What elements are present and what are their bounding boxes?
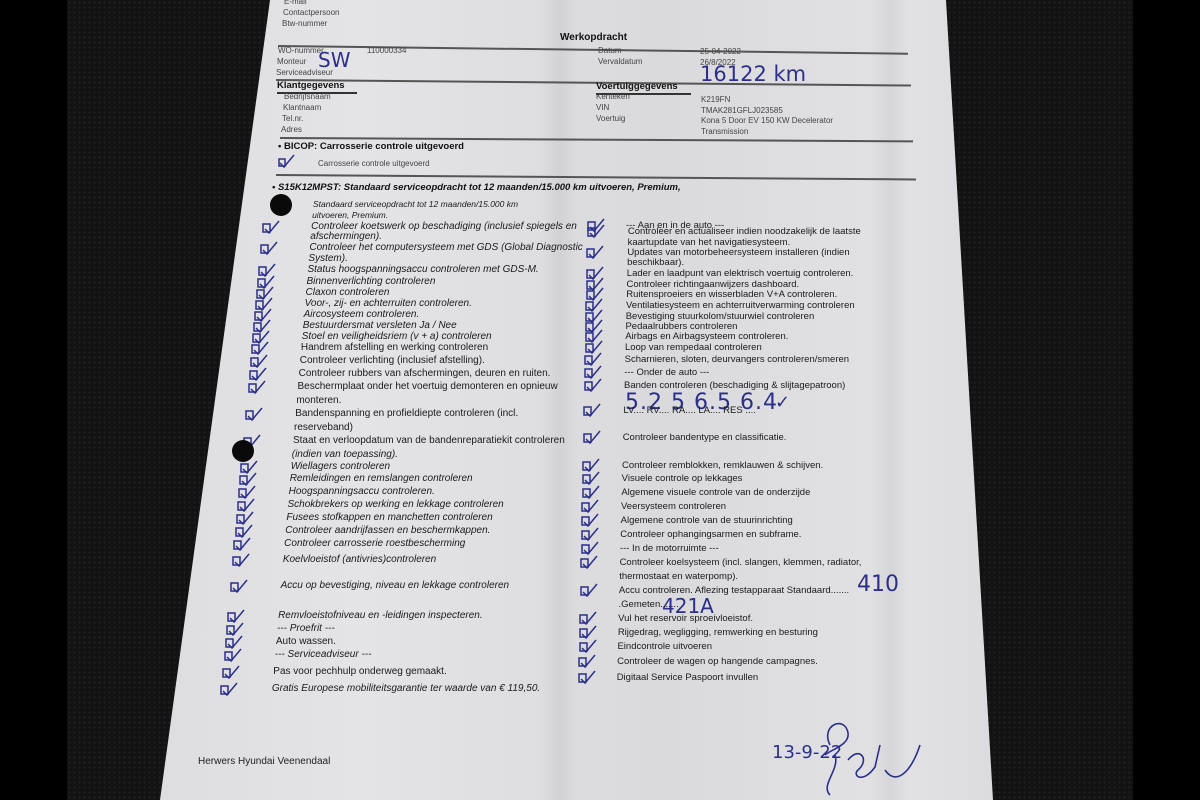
checklist-item: --- In de motorruimte ---: [620, 543, 719, 554]
checkmark-icon: [220, 664, 242, 680]
checklist-item: afschermingen).: [310, 231, 382, 242]
vin-label: VIN: [596, 103, 609, 112]
bicop-title-text: BICOP: Carrosserie controle uitgevoerd: [284, 141, 464, 152]
checkmark-icon: [260, 219, 282, 235]
paper-fold: [870, 0, 910, 800]
checkmark-icon: [577, 638, 599, 654]
bicop-item: Carrosserie controle uitgevoerd: [318, 159, 430, 168]
checklist-item: Handrem afstelling en werking controlere…: [301, 342, 488, 353]
checklist-item: Gratis Europese mobiliteitsgarantie ter …: [272, 683, 540, 694]
checklist-item: Bestuurdersmat versleten Ja / Nee: [303, 320, 457, 331]
checkmark-icon: [578, 554, 600, 570]
paper-fold: [540, 0, 580, 800]
kenteken-label: Kenteken: [596, 92, 630, 101]
checklist-item: Accu controleren. Aflezing testapparaat …: [619, 585, 849, 596]
bedrijfsnaam-label: Bedrijfsnaam: [284, 92, 331, 101]
checklist-item: Wiellagers controleren: [291, 461, 390, 472]
checklist-item: Remvloeistofniveau en -leidingen inspect…: [278, 610, 483, 621]
checklist-item: Stoel en veiligheidsriem (v + a) control…: [302, 331, 492, 342]
checklist-item: Controleer aandrijfassen en beschermkapp…: [285, 525, 490, 536]
checklist-item: Controleer ophangingsarmen en subframe.: [620, 529, 801, 540]
checklist-item: Hoogspanningsaccu controleren.: [289, 486, 435, 497]
checklist-item: Bandenspanning en profieldiepte controle…: [295, 408, 518, 419]
checklist-item: .Gemeten.......: [619, 599, 679, 610]
checklist-item: Vul het reservoir sproeivloeistof.: [618, 613, 753, 624]
checklist-item: Claxon controleren: [306, 287, 390, 298]
monteur-label: Monteur: [277, 57, 306, 66]
voertuig-value: Kona 5 Door EV 150 KW Decelerator: [701, 116, 833, 125]
contact-label: Contactpersoon: [283, 8, 339, 17]
checklist-item: Remleidingen en remslangen controleren: [290, 473, 473, 484]
kenteken-value: K219FN: [701, 95, 730, 104]
checklist-item: Lader en laadpunt van elektrisch voertui…: [627, 268, 854, 279]
wo-value: 110000334: [367, 46, 406, 55]
checklist-item: monteren.: [296, 395, 341, 406]
checklist-item: beschikbaar).: [627, 257, 684, 268]
checklist-item: Controleer koelsysteem (incl. slangen, k…: [620, 557, 862, 568]
checklist-item: Ventilatiesysteem en achterruitverwarmin…: [626, 300, 855, 311]
vervaldatum-label: Vervaldatum: [598, 57, 642, 66]
checklist-item: Status hoogspanningsaccu controleren met…: [307, 264, 538, 275]
hole-punch-mark: [270, 194, 292, 216]
serviceadviseur-label: Serviceadviseur: [276, 68, 333, 77]
wo-label: WO-nummer: [278, 46, 324, 55]
datum-label: Datum: [598, 46, 622, 55]
checkmark-icon: [582, 377, 604, 393]
checkmark-icon: [276, 153, 298, 169]
checkmark-icon: [576, 653, 598, 669]
divider: [276, 174, 916, 180]
checklist-item: thermostaat en waterpomp).: [619, 571, 738, 582]
service-title-text: S15K12MPST: Standaard serviceopdracht to…: [278, 182, 681, 193]
checklist-item: Voor-, zij- en achterruiten controleren.: [305, 298, 472, 309]
checklist-item: Controleer de wagen op hangende campagne…: [617, 656, 818, 667]
btw-label: Btw-nummer: [282, 19, 327, 28]
service-title: • S15K12MPST: Standaard serviceopdracht …: [272, 182, 681, 193]
werkopdracht-title: Werkopdracht: [560, 32, 627, 43]
checklist-item: Controleer bandentype en classificatie.: [623, 432, 787, 443]
checklist-item: Controleer remblokken, remklauwen & schi…: [622, 460, 823, 471]
divider: [276, 79, 911, 87]
checklist-item: reserveband): [294, 422, 353, 433]
checkmark-icon: [230, 552, 252, 568]
klantnaam-label: Klantnaam: [283, 103, 321, 112]
checklist-item: Eindcontrole uitvoeren: [617, 641, 712, 652]
checklist-item: Controleer carrosserie roestbescherming: [284, 538, 465, 549]
checklist-item: Controleer het computersysteem met GDS (…: [309, 242, 582, 253]
checklist-item: Beschermplaat onder het voertuig demonte…: [298, 381, 558, 392]
checkmark-icon: [584, 244, 606, 260]
vin-value: TMAK281GFLJ023585: [701, 106, 783, 115]
checkmark-icon: [581, 429, 603, 445]
checklist-item: Fusees stofkappen en manchetten controle…: [286, 512, 492, 523]
checkmark-icon: [218, 681, 240, 697]
checkmark-icon: [576, 669, 598, 685]
checklist-item: uitvoeren, Premium.: [312, 210, 388, 220]
checklist-item: System).: [308, 253, 347, 264]
checklist-item: Controleer rubbers van afschermingen, de…: [299, 368, 551, 379]
checkmark-icon: [231, 536, 253, 552]
hole-punch-mark: [232, 440, 254, 462]
checklist-item: Staat en verloopdatum van de bandenrepar…: [293, 435, 565, 446]
checkmark-icon: [585, 223, 607, 239]
checklist-item: Accu op bevestiging, niveau en lekkage c…: [281, 580, 509, 591]
checklist-item: Pas voor pechhulp onderweg gemaakt.: [273, 666, 446, 677]
voertuig-label: Voertuig: [596, 114, 625, 123]
checkmark-icon: [578, 582, 600, 598]
checklist-item: Scharnieren, sloten, deurvangers control…: [625, 354, 849, 365]
checklist-item: Digitaal Service Paspoort invullen: [617, 672, 759, 683]
checklist-item: Algemene controle van de stuurinrichting: [621, 515, 793, 526]
checklist-item: Aircosysteem controleren.: [304, 309, 420, 320]
checklist-item: Auto wassen.: [276, 636, 336, 647]
dealer-name: Herwers Hyundai Veenendaal: [198, 756, 330, 767]
checklist-item: Binnenverlichting controleren: [306, 276, 435, 287]
checkmark-icon: [222, 647, 244, 663]
accu-standaard-handwritten: 410: [857, 572, 899, 597]
checklist-item: --- Serviceadviseur ---: [275, 649, 372, 660]
checklist-item: Rijgedrag, wegligging, remwerking en bes…: [618, 627, 818, 638]
checklist-item: Koelvloeistof (antivries)controleren: [283, 554, 436, 565]
checkmark-icon: [228, 578, 250, 594]
checklist-item: Controleer verlichting (inclusief afstel…: [300, 355, 485, 366]
checklist-item: Algemene visuele controle van de onderzi…: [621, 487, 810, 498]
bicop-title: • BICOP: Carrosserie controle uitgevoerd: [278, 141, 464, 152]
adres-label: Adres: [281, 125, 302, 134]
signature-icon: [800, 715, 930, 800]
checklist-item: Ruitensproeiers en wisserbladen V+A cont…: [626, 289, 837, 300]
checklist-item: Controleer en actualiseer indien noodzak…: [628, 226, 861, 237]
checklist-item: LV.... RV.... RA.... LA.... RES ....: [623, 405, 756, 416]
checklist-item: Visuele controle op lekkages: [622, 473, 743, 484]
checklist-item: Banden controleren (beschadiging & slijt…: [624, 380, 845, 391]
checklist-item: Veersysteem controleren: [621, 501, 726, 512]
checklist-item: Loop van rempedaal controleren: [625, 342, 762, 353]
checkmark-icon: [243, 406, 265, 422]
datum-value: 25-04-2022: [700, 47, 741, 56]
checklist-item: Standaard serviceopdracht tot 12 maanden…: [313, 199, 518, 209]
voertuig-value-2: Transmission: [701, 127, 748, 136]
checkmark-icon: [581, 402, 603, 418]
checklist-item: --- Onder de auto ---: [624, 367, 709, 378]
checkmark-icon: [258, 240, 280, 256]
checklist-item: (indien van toepassing).: [292, 449, 398, 460]
checklist-item: --- Proefrit ---: [277, 623, 335, 634]
checklist-item: Airbags en Airbagsysteem controleren.: [625, 331, 788, 342]
email-label: E-mail: [284, 0, 307, 6]
tyre-check-handwritten: ✓: [775, 392, 790, 413]
checkmark-icon: [246, 379, 268, 395]
checklist-item: Schokbrekers op werking en lekkage contr…: [288, 499, 504, 510]
telnr-label: Tel.nr.: [282, 114, 303, 123]
